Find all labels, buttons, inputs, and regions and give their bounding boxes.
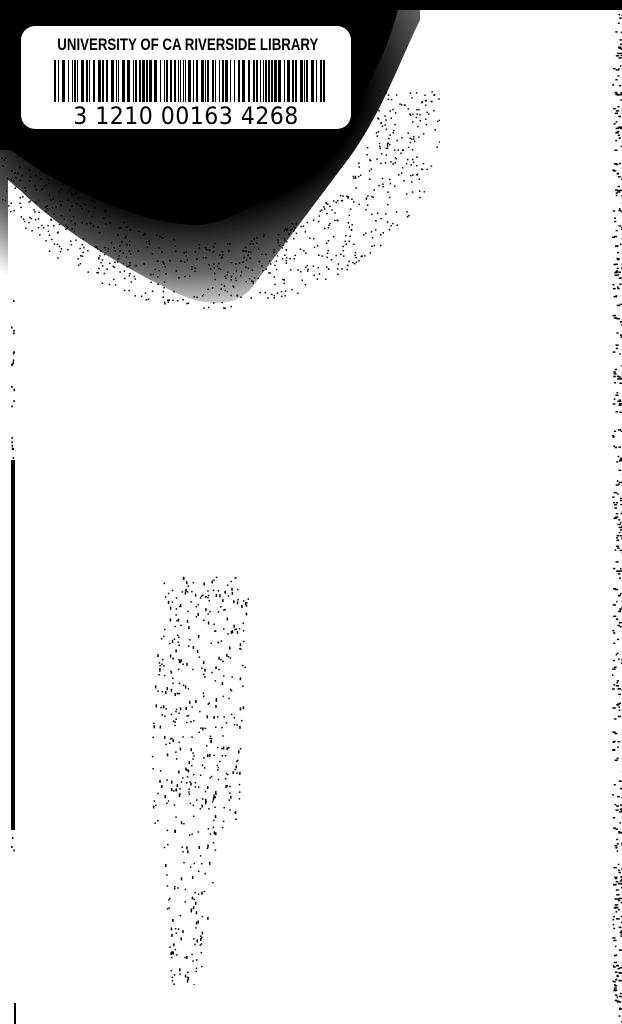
left-page-edge [10, 300, 15, 860]
scanned-page: UNIVERSITY OF CA RIVERSIDE LIBRARY 3 121… [0, 0, 622, 1024]
speckle-pattern [145, 575, 280, 985]
library-barcode-label: UNIVERSITY OF CA RIVERSIDE LIBRARY 3 121… [21, 26, 351, 129]
barcode-icon [54, 60, 326, 102]
stray-mark [12, 995, 18, 1024]
right-page-edge [606, 0, 622, 1024]
barcode-number: 3 1210 00163 4268 [34, 102, 338, 130]
library-name: UNIVERSITY OF CA RIVERSIDE LIBRARY [57, 35, 314, 55]
